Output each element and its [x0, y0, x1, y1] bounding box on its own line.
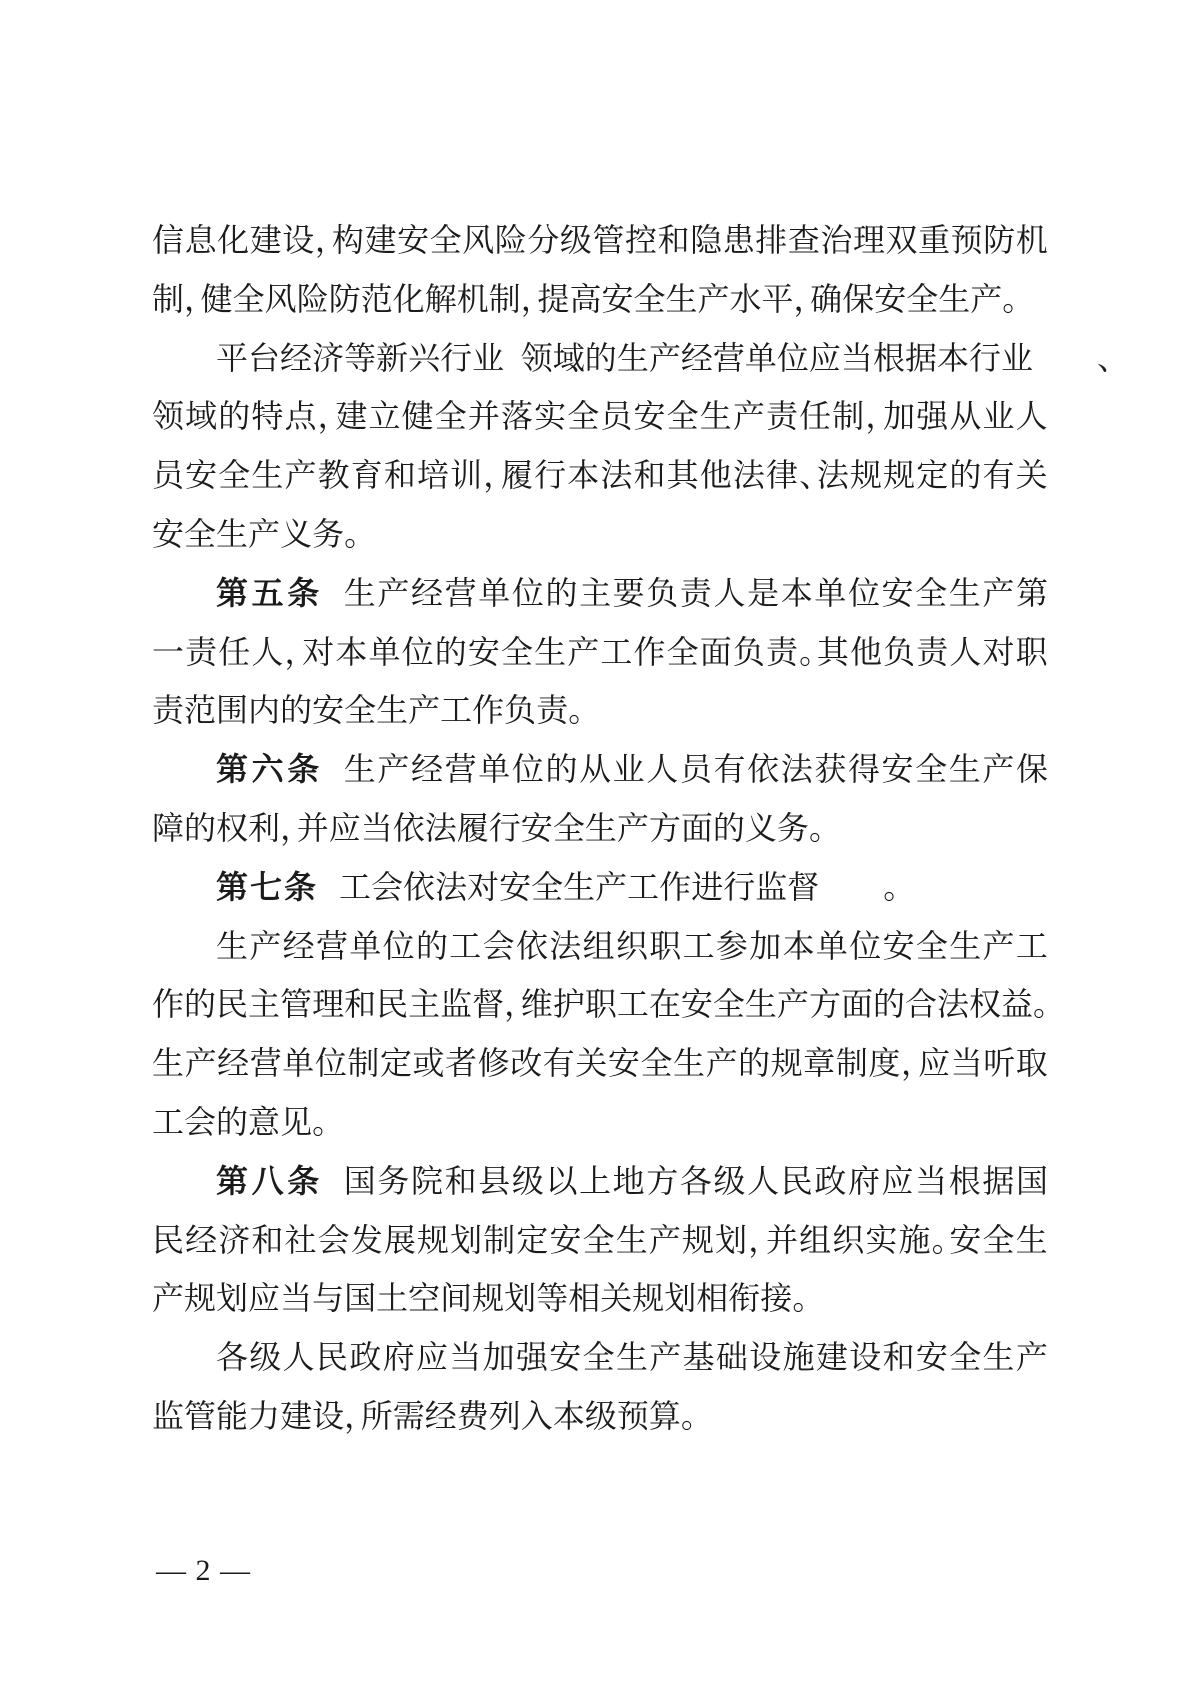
cjk-punctuation: ， [280, 799, 297, 858]
text-line: 作的民主管理和民主监督，维护职工在安全生产方面的合法权益。 [152, 975, 1048, 1034]
article-number: 第六条 [216, 751, 323, 787]
text-line: 生产经营单位的工会依法组织职工参加本单位安全生产工 [152, 917, 1048, 976]
text-line: 第七条工会依法对安全生产工作进行监督。 [152, 858, 1048, 917]
cjk-punctuation: ， [901, 1034, 918, 1093]
paragraph: 第七条工会依法对安全生产工作进行监督。 [152, 858, 1048, 917]
cjk-punctuation: 。 [819, 858, 836, 917]
paragraph: 各级人民政府应当加强安全生产基础设施建设和安全生产监管能力建设，所需经费列入本级… [152, 1328, 1048, 1446]
cjk-punctuation: ， [315, 211, 332, 270]
cjk-punctuation: 。 [799, 623, 816, 682]
article-number: 第七条 [216, 869, 318, 905]
text-line: 产规划应当与国土空间规划等相关规划相衔接。 [152, 1269, 1048, 1328]
cjk-punctuation: 。 [1033, 975, 1050, 1034]
cjk-punctuation: ， [483, 446, 500, 505]
cjk-punctuation: 。 [568, 681, 585, 740]
text-line: 责范围内的安全生产工作负责。 [152, 681, 1048, 740]
paragraph: 信息化建设，构建安全风险分级管控和隐患排查治理双重预防机制，健全风险防范化解机制… [152, 211, 1048, 329]
text-line: 障的权利，并应当依法履行安全生产方面的义务。 [152, 799, 1048, 858]
document-page: 信息化建设，构建安全风险分级管控和隐患排查治理双重预防机制，健全风险防范化解机制… [0, 0, 1191, 1684]
text-line: 各级人民政府应当加强安全生产基础设施建设和安全生产 [152, 1328, 1048, 1387]
text-line: 一责任人，对本单位的安全生产工作全面负责。其他负责人对职 [152, 623, 1048, 682]
cjk-punctuation: 。 [312, 1093, 329, 1152]
cjk-punctuation: 。 [681, 1387, 698, 1446]
page-number: — 2 — [156, 1551, 251, 1591]
cjk-punctuation: ， [318, 387, 335, 446]
paragraph: 第八条国务院和县级以上地方各级人民政府应当根据国民经济和社会发展规划制定安全生产… [152, 1152, 1048, 1328]
text-line: 制，健全风险防范化解机制，提高安全生产水平，确保安全生产。 [152, 270, 1048, 329]
article-number: 第八条 [216, 1163, 323, 1199]
text-line: 民经济和社会发展规划制定安全生产规划，并组织实施。安全生 [152, 1211, 1048, 1270]
paragraph: 生产经营单位的工会依法组织职工参加本单位安全生产工作的民主管理和民主监督，维护职… [152, 917, 1048, 1152]
cjk-punctuation: ， [285, 623, 302, 682]
cjk-punctuation: 、 [799, 446, 816, 505]
cjk-punctuation: ， [184, 270, 201, 329]
cjk-punctuation: ， [865, 387, 882, 446]
text-line: 平台经济等新兴行业、领域的生产经营单位应当根据本行业、 [152, 329, 1048, 388]
cjk-punctuation: 、 [1033, 329, 1050, 388]
paragraph: 第六条生产经营单位的从业人员有依法获得安全生产保障的权利，并应当依法履行安全生产… [152, 740, 1048, 858]
text-line: 第六条生产经营单位的从业人员有依法获得安全生产保 [152, 740, 1048, 799]
cjk-punctuation: 。 [809, 799, 826, 858]
text-line: 工会的意见。 [152, 1093, 1048, 1152]
text-line: 监管能力建设，所需经费列入本级预算。 [152, 1387, 1048, 1446]
cjk-punctuation: ， [504, 975, 521, 1034]
paragraph: 平台经济等新兴行业、领域的生产经营单位应当根据本行业、领域的特点，建立健全并落实… [152, 329, 1048, 564]
article-number: 第五条 [216, 575, 323, 611]
cjk-punctuation: ， [344, 1387, 361, 1446]
cjk-punctuation: ， [748, 1211, 765, 1270]
document-body: 信息化建设，构建安全风险分级管控和隐患排查治理双重预防机制，健全风险防范化解机制… [152, 211, 1048, 1446]
text-line: 领域的特点，建立健全并落实全员安全生产责任制，加强从业人 [152, 387, 1048, 446]
text-line: 第八条国务院和县级以上地方各级人民政府应当根据国 [152, 1152, 1048, 1211]
cjk-punctuation: 。 [1002, 270, 1019, 329]
cjk-punctuation: ， [521, 270, 538, 329]
text-line: 第五条生产经营单位的主要负责人是本单位安全生产第 [152, 564, 1048, 623]
cjk-punctuation: 。 [792, 1269, 809, 1328]
cjk-punctuation: ， [794, 270, 811, 329]
cjk-punctuation: 、 [504, 329, 521, 388]
text-line: 安全生产义务。 [152, 505, 1048, 564]
text-line: 信息化建设，构建安全风险分级管控和隐患排查治理双重预防机 [152, 211, 1048, 270]
cjk-punctuation: 。 [344, 505, 361, 564]
paragraph: 第五条生产经营单位的主要负责人是本单位安全生产第一责任人，对本单位的安全生产工作… [152, 564, 1048, 740]
text-line: 生产经营单位制定或者修改有关安全生产的规章制度，应当听取 [152, 1034, 1048, 1093]
text-line: 员安全生产教育和培训，履行本法和其他法律、法规规定的有关 [152, 446, 1048, 505]
cjk-punctuation: 。 [932, 1211, 949, 1270]
